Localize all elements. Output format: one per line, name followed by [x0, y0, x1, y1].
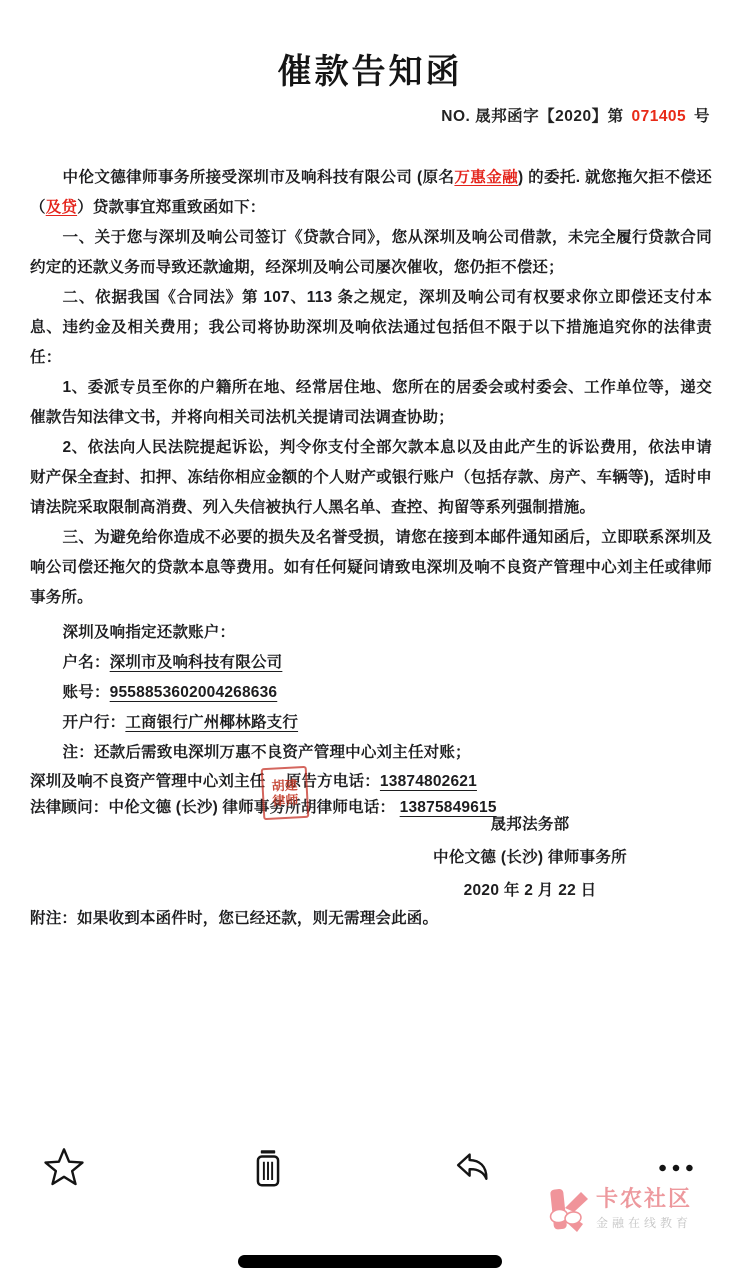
account-name-line: 户名：深圳市及响科技有限公司 — [30, 648, 712, 678]
seal-text-top: 胡建 — [271, 777, 298, 793]
contact-plaintiff-phone: 13874802621 — [380, 773, 477, 790]
watermark-text: 卡农社区 金融在线教育 — [596, 1186, 692, 1231]
home-indicator[interactable] — [238, 1255, 502, 1268]
intro-paragraph: 中伦文德律师事务所接受深圳市及响科技有限公司 (原名万惠金融) 的委托. 就您拖… — [30, 163, 712, 223]
letter-body: 中伦文德律师事务所接受深圳市及响科技有限公司 (原名万惠金融) 的委托. 就您拖… — [30, 163, 712, 821]
account-name-label: 户名： — [63, 654, 110, 671]
demand-letter-document: 催款告知函 NO. 晟邦函字【2020】第 071405 号 中伦文德律师事务所… — [0, 0, 740, 1280]
highlight-loan-product: 及贷 — [46, 199, 77, 216]
account-number-value: 9558853602004268636 — [110, 684, 278, 701]
repayment-account-block: 深圳及响指定还款账户： 户名：深圳市及响科技有限公司 账号：9558853602… — [30, 618, 712, 768]
footnote: 附注：如果收到本函件时，您已经还款，则无需理会此函。 — [30, 906, 438, 928]
intro-text-3: ）贷款事宜郑重致函如下： — [77, 199, 265, 216]
ref-suffix: 号 — [689, 108, 710, 125]
ref-serial: 071405 — [628, 108, 689, 125]
account-note-line: 注：还款后需致电深圳万惠不良资产管理中心刘主任对账； — [30, 738, 712, 768]
kanong-logo-icon — [547, 1186, 589, 1239]
intro-text-1: 中伦文德律师事务所接受深圳市及响科技有限公司 (原名 — [63, 169, 455, 186]
contact-counsel-label: 法律顾问：中伦文德 (长沙) 律师事务所胡律师电话： — [30, 799, 400, 816]
reference-number: NO. 晟邦函字【2020】第 071405 号 — [441, 104, 710, 126]
paragraph-section-2: 二、依据我国《合同法》第 107、113 条之规定，深圳及响公司有权要求你立即偿… — [30, 283, 712, 373]
ref-prefix: NO. 晟邦函字【2020】第 — [441, 108, 628, 125]
contact-plaintiff-line: 深圳及响不良资产管理中心刘主任 原告方电话：13874802621 — [30, 769, 712, 795]
screen: 催款告知函 NO. 晟邦函字【2020】第 071405 号 中伦文德律师事务所… — [0, 0, 740, 1280]
highlight-original-name: 万惠金融 — [454, 169, 518, 186]
account-bank-line: 开户行：工商银行广州椰林路支行 — [30, 708, 712, 738]
lawyer-seal-stamp: 胡建 律师 — [261, 766, 310, 820]
account-name-value: 深圳市及响科技有限公司 — [110, 654, 283, 671]
signature-date: 2020 年 2 月 22 日 — [375, 874, 685, 907]
delete-button[interactable] — [244, 1144, 292, 1192]
paragraph-section-1: 一、关于您与深圳及响公司签订《贷款合同》，您从深圳及响公司借款，未完全履行贷款合… — [30, 223, 712, 283]
reply-arrow-icon — [449, 1145, 495, 1191]
contact-plaintiff-label: 深圳及响不良资产管理中心刘主任 原告方电话： — [30, 773, 380, 790]
signature-firm: 中伦文德 (长沙) 律师事务所 — [375, 841, 685, 874]
account-number-line: 账号：9558853602004268636 — [30, 678, 712, 708]
page-title: 催款告知函 — [0, 44, 740, 93]
watermark-title: 卡农社区 — [596, 1186, 692, 1212]
more-options-button[interactable] — [652, 1144, 700, 1192]
watermark-subtitle: 金融在线教育 — [596, 1215, 692, 1231]
signature-block: 晟邦法务部 中伦文德 (长沙) 律师事务所 2020 年 2 月 22 日 — [375, 808, 685, 907]
signature-department: 晟邦法务部 — [375, 808, 685, 841]
paragraph-measure-2: 2、依法向人民法院提起诉讼，判令你支付全部欠款本息以及由此产生的诉讼费用，依法申… — [30, 433, 712, 523]
paragraph-measure-1: 1、委派专员至你的户籍所在地、经常居住地、您所在的居委会或村委会、工作单位等，递… — [30, 373, 712, 433]
kanong-watermark: 卡农社区 金融在线教育 — [547, 1186, 692, 1239]
account-bank-label: 开户行： — [63, 714, 126, 731]
account-bank-value: 工商银行广州椰林路支行 — [125, 714, 298, 731]
favorite-button[interactable] — [40, 1144, 88, 1192]
reply-button[interactable] — [448, 1144, 496, 1192]
account-heading: 深圳及响指定还款账户： — [30, 618, 712, 648]
star-icon — [41, 1145, 87, 1191]
ellipsis-icon — [653, 1145, 699, 1191]
trash-icon — [245, 1145, 291, 1191]
seal-text-bottom: 律师 — [272, 792, 299, 808]
paragraph-section-3: 三、为避免给你造成不必要的损失及名誉受损，请您在接到本邮件通知函后，立即联系深圳… — [30, 523, 712, 613]
account-number-label: 账号： — [63, 684, 110, 701]
